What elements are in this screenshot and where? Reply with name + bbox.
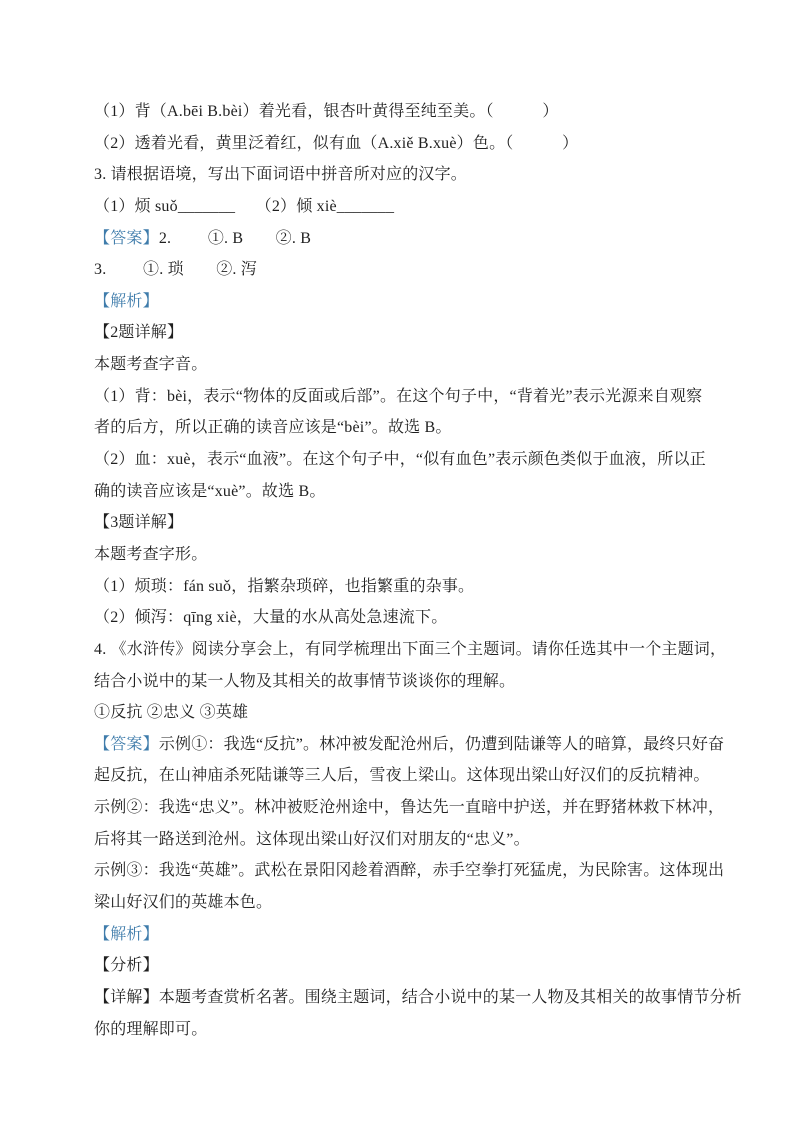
text-segment: （1）烦 suǒ_______ （2）倾 xiè_______ [94, 198, 394, 215]
text-segment: （1）烦琐：fán suǒ，指繁杂琐碎，也指繁重的杂事。 [94, 578, 474, 595]
answer-label: 【答案】 [94, 736, 159, 753]
analysis-label: 【解析】 [94, 293, 159, 310]
text-line: 者的后方，所以正确的读音应该是“bèi”。故选 B。 [94, 412, 763, 444]
text-segment: 本题考查字形。 [94, 546, 207, 563]
text-line: 【2题详解】 [94, 317, 763, 349]
text-segment: 【分析】 [94, 957, 159, 974]
text-line: 示例③：我选“英雄”。武松在景阳冈趁着酒醉，赤手空拳打死猛虎，为民除害。这体现出 [94, 855, 763, 887]
text-segment: （1）背：bèi，表示“物体的反面或后部”。在这个句子中，“背着光”表示光源来自… [94, 388, 702, 405]
text-segment: 【详解】本题考查赏析名著。围绕主题词，结合小说中的某一人物及其相关的故事情节分析 [94, 989, 742, 1006]
text-segment: 结合小说中的某一人物及其相关的故事情节谈谈你的理解。 [94, 673, 515, 690]
text-segment: 后将其一路送到沧州。这体现出梁山好汉们对朋友的“忠义”。 [94, 831, 530, 848]
text-line: 【分析】 [94, 950, 763, 982]
text-segment: 本题考查字音。 [94, 356, 207, 373]
text-segment: 示例②：我选“忠义”。林冲被贬沧州途中，鲁达先一直暗中护送，并在野猪林救下林冲， [94, 799, 724, 816]
text-segment: （1）背（A.bēi B.bèi）着光看，银杏叶黄得至纯至美。（ ） [94, 103, 559, 120]
text-segment: 3. 请根据语境，写出下面词语中拼音所对应的汉字。 [94, 166, 467, 183]
text-line: 起反抗，在山神庙杀死陆谦等三人后，雪夜上梁山。这体现出梁山好汉们的反抗精神。 [94, 760, 763, 792]
text-line: （2）倾泻：qīng xiè，大量的水从高处急速流下。 [94, 602, 763, 634]
text-segment: 3. ①. 琐 ②. 泻 [94, 261, 257, 278]
text-line: （1）背：bèi，表示“物体的反面或后部”。在这个句子中，“背着光”表示光源来自… [94, 381, 763, 413]
text-line: （2）血：xuè，表示“血液”。在这个句子中，“似有血色”表示颜色类似于血液，所… [94, 444, 763, 476]
text-segment: 者的后方，所以正确的读音应该是“bèi”。故选 B。 [94, 419, 452, 436]
text-line: 【答案】示例①：我选“反抗”。林冲被发配沧州后，仍遭到陆谦等人的暗算，最终只好奋 [94, 729, 763, 761]
text-line: 确的读音应该是“xuè”。故选 B。 [94, 476, 763, 508]
text-line: 【解析】 [94, 919, 763, 951]
text-segment: （2）透着光看，黄里泛着红，似有血（A.xiě B.xuè）色。（ ） [94, 135, 578, 152]
text-segment: 起反抗，在山神庙杀死陆谦等三人后，雪夜上梁山。这体现出梁山好汉们的反抗精神。 [94, 767, 710, 784]
text-line: 示例②：我选“忠义”。林冲被贬沧州途中，鲁达先一直暗中护送，并在野猪林救下林冲， [94, 792, 763, 824]
text-line: （1）背（A.bēi B.bèi）着光看，银杏叶黄得至纯至美。（ ） [94, 96, 763, 128]
text-segment: 【2题详解】 [94, 324, 183, 341]
text-line: （1）烦 suǒ_______ （2）倾 xiè_______ [94, 191, 763, 223]
text-segment: （2）倾泻：qīng xiè，大量的水从高处急速流下。 [94, 609, 447, 626]
text-segment: ①反抗 ②忠义 ③英雄 [94, 704, 248, 721]
text-line: 4. 《水浒传》阅读分享会上，有同学梳理出下面三个主题词。请你任选其中一个主题词… [94, 634, 763, 666]
text-line: 本题考查字形。 [94, 539, 763, 571]
text-line: 3. ①. 琐 ②. 泻 [94, 254, 763, 286]
text-segment: 示例③：我选“英雄”。武松在景阳冈趁着酒醉，赤手空拳打死猛虎，为民除害。这体现出 [94, 862, 724, 879]
text-segment: 确的读音应该是“xuè”。故选 B。 [94, 483, 326, 500]
text-segment: （2）血：xuè，表示“血液”。在这个句子中，“似有血色”表示颜色类似于血液，所… [94, 451, 706, 468]
analysis-label: 【解析】 [94, 926, 159, 943]
text-line: 后将其一路送到沧州。这体现出梁山好汉们对朋友的“忠义”。 [94, 824, 763, 856]
text-line: 【3题详解】 [94, 507, 763, 539]
text-segment: 【3题详解】 [94, 514, 183, 531]
text-line: （2）透着光看，黄里泛着红，似有血（A.xiě B.xuè）色。（ ） [94, 128, 763, 160]
text-line: 【详解】本题考查赏析名著。围绕主题词，结合小说中的某一人物及其相关的故事情节分析 [94, 982, 763, 1014]
document-text-block: （1）背（A.bēi B.bèi）着光看，银杏叶黄得至纯至美。（ ）（2）透着光… [94, 96, 763, 1045]
text-line: 你的理解即可。 [94, 1014, 763, 1046]
text-segment: 4. 《水浒传》阅读分享会上，有同学梳理出下面三个主题词。请你任选其中一个主题词… [94, 641, 726, 658]
text-line: （1）烦琐：fán suǒ，指繁杂琐碎，也指繁重的杂事。 [94, 571, 763, 603]
text-line: 梁山好汉们的英雄本色。 [94, 887, 763, 919]
text-line: 【解析】 [94, 286, 763, 318]
text-line: 【答案】2. ①. B ②. B [94, 223, 763, 255]
text-segment: 你的理解即可。 [94, 1021, 207, 1038]
text-line: 结合小说中的某一人物及其相关的故事情节谈谈你的理解。 [94, 666, 763, 698]
text-line: 3. 请根据语境，写出下面词语中拼音所对应的汉字。 [94, 159, 763, 191]
text-line: ①反抗 ②忠义 ③英雄 [94, 697, 763, 729]
text-segment: 2. ①. B ②. B [159, 230, 311, 247]
document-page: （1）背（A.bēi B.bèi）着光看，银杏叶黄得至纯至美。（ ）（2）透着光… [0, 0, 793, 1122]
text-segment: 梁山好汉们的英雄本色。 [94, 894, 272, 911]
answer-label: 【答案】 [94, 230, 159, 247]
text-segment: 示例①：我选“反抗”。林冲被发配沧州后，仍遭到陆谦等人的暗算，最终只好奋 [159, 736, 724, 753]
text-line: 本题考查字音。 [94, 349, 763, 381]
